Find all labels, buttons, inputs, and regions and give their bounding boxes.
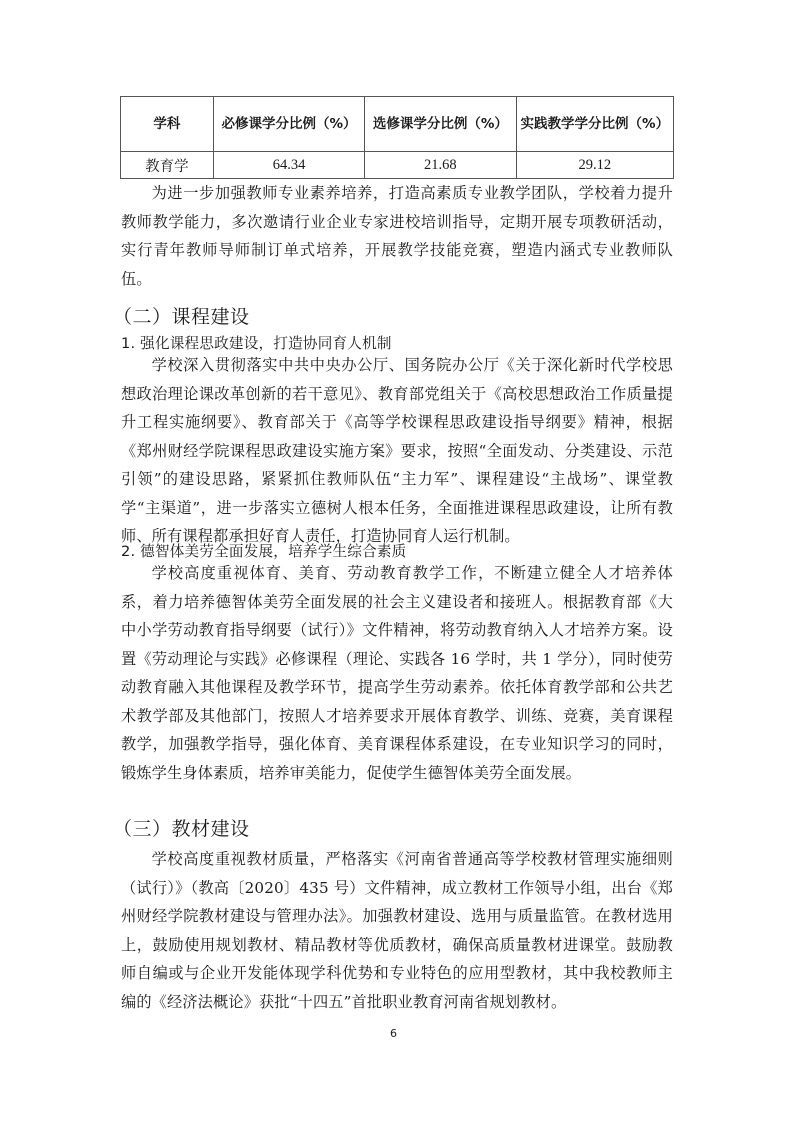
cell-elective-ratio: 21.68 [365, 152, 516, 179]
credit-ratio-table: 学科 必修课学分比例（%） 选修课学分比例（%） 实践教学学分比例（%） 教育学… [120, 96, 674, 179]
paragraph-all-round-development: 学校高度重视体育、美育、劳动教育教学工作，不断建立健全人才培养体系，着力培养德智… [121, 559, 673, 787]
header-practice-ratio: 实践教学学分比例（%） [516, 97, 673, 152]
header-required-ratio: 必修课学分比例（%） [213, 97, 364, 152]
cell-subject: 教育学 [121, 152, 214, 179]
cell-practice-ratio: 29.12 [516, 152, 673, 179]
subheading-ideological-course: 1. 强化课程思政建设，打造协同育人机制 [121, 332, 392, 353]
paragraph-teacher-training: 为进一步加强教师专业素养培养，打造高素质专业教学团队，学校着力提升教师教学能力，… [121, 179, 673, 293]
section-heading-textbook-construction: （三）教材建设 [113, 814, 250, 841]
table-row: 教育学 64.34 21.68 29.12 [121, 152, 674, 179]
header-elective-ratio: 选修课学分比例（%） [365, 97, 516, 152]
paragraph-textbook-construction: 学校高度重视教材质量，严格落实《河南省普通高等学校教材管理实施细则（试行）》（教… [121, 845, 673, 1016]
paragraph-ideological-course: 学校深入贯彻落实中共中央办公厅、国务院办公厅《关于深化新时代学校思想政治理论课改… [121, 351, 673, 551]
page-number: 6 [390, 1027, 397, 1040]
table-header-row: 学科 必修课学分比例（%） 选修课学分比例（%） 实践教学学分比例（%） [121, 97, 674, 152]
section-heading-course-construction: （二）课程建设 [113, 302, 250, 329]
header-subject: 学科 [121, 97, 214, 152]
cell-required-ratio: 64.34 [213, 152, 364, 179]
subheading-all-round-development: 2. 德智体美劳全面发展，培养学生综合素质 [121, 540, 406, 561]
